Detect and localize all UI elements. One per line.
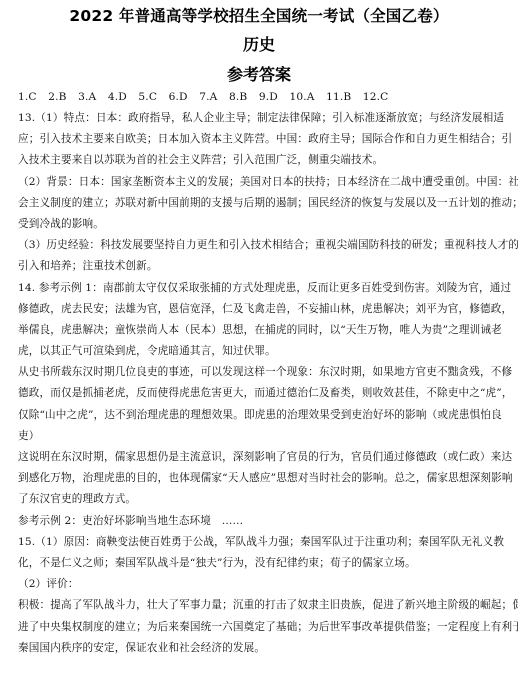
text-line-q13-1: 13.（1）特点：日本：政府指导，私人企业主导；制定法律保障；引入标准逐渐放宽；… — [18, 108, 500, 129]
multiple-choice-answers: 1.C 2.B 3.A 4.D 5.C 6.D 7.A 8.B 9.D 10.A… — [18, 87, 500, 108]
text-line-q15-5: 进了中央集权制度的建立；为后来秦国统一六国奠定了基础；为后世军事改革提供借鉴；一… — [18, 617, 500, 638]
text-line-q14-9: 这说明在东汉时期，儒家思想仍是主流意识，深刻影响了官员的行为，官员们通过修德政（… — [18, 447, 500, 468]
answer-4: 4.D — [108, 91, 127, 103]
text-line-q13-8: 引入和培养；注重技术创新。 — [18, 256, 500, 277]
answer-6: 6.D — [169, 91, 188, 103]
text-line-q14-4: 虎，以其正气可渲染到虎，令虎暗通其言，知过伏罪。 — [18, 341, 500, 362]
text-line-q13-3: 入技术主要来自以苏联为首的社会主义阵营；引入范围广泛，侧重尖端技术。 — [18, 150, 500, 171]
text-line-q13-6: 受到冷战的影响。 — [18, 214, 500, 235]
answer-10: 10.A — [289, 91, 314, 103]
answer-9: 9.D — [259, 91, 278, 103]
answer-7: 7.A — [199, 91, 217, 103]
text-line-q13-5: 会主义制度的建立；苏联对新中国前期的支援与后期的遏制；国民经济的恢复与发展以及一… — [18, 193, 500, 214]
text-line-q14-10: 到感化万物，治理虎患的目的，也体现儒家“天人感应”思想对当时社会的影响。总之，儒… — [18, 468, 500, 489]
text-line-q13-2: 应；引入技术主要来自欧美；日本加入资本主义阵营。中国：政府主导；国际合作和自力更… — [18, 129, 500, 150]
text-line-q15-4: 积极：提高了军队战斗力，壮大了军事力量；沉重的打击了奴隶主旧贵族，促进了新兴地主… — [18, 595, 500, 616]
answer-2: 2.B — [48, 91, 66, 103]
answer-key-heading: 参考答案 — [0, 62, 518, 85]
text-line-q14-11: 了东汉官吏的理政方式。 — [18, 489, 500, 510]
answer-1: 1.C — [18, 91, 37, 103]
text-line-q14-6: 德政，而仅是抓捕老虎，反而使得虎患危害更大，而通过德治仁及畜类，则收效甚佳，不除… — [18, 383, 500, 404]
text-line-q13-4: （2）背景：日本：国家垄断资本主义的发展；美国对日本的扶持；日本经济在二战中遭受… — [18, 172, 500, 193]
subject-heading: 历史 — [0, 32, 518, 55]
answer-body: 13.（1）特点：日本：政府指导，私人企业主导；制定法律保障；引入标准逐渐放宽；… — [18, 108, 500, 659]
exam-title: 2022 年普通高等学校招生全国统一考试（全国乙卷） — [0, 4, 518, 26]
text-line-q15-3: （2）评价： — [18, 574, 500, 595]
text-line-q14-1: 14. 参考示例 1：南郡前太守仅仅采取张捕的方式处理虎患，反而让更多百姓受到伤… — [18, 278, 500, 299]
text-line-q14-12: 参考示例 2：吏治好坏影响当地生态环境 …… — [18, 511, 500, 532]
answer-12: 12.C — [363, 91, 389, 103]
text-line-q15-2: 化，不是仁义之师；秦国军队战斗是“独夫”行为，没有纪律约束；荀子的儒家立场。 — [18, 553, 500, 574]
text-line-q15-6: 秦国国内秩序的安定，保证农业和社会经济的发展。 — [18, 638, 500, 659]
text-line-q14-3: 举儒良，虎患解决；童恢崇尚人本（民本）思想，在捕虎的同时，以“天生万物，唯人为贵… — [18, 320, 500, 341]
answer-5: 5.C — [138, 91, 157, 103]
answer-11: 11.B — [326, 91, 351, 103]
text-line-q14-7: 仅除“山中之虎”，达不到治理虎患的理想效果。即虎患的治理效果受到吏治好坏的影响（… — [18, 405, 500, 426]
text-line-q15-1: 15.（1）原因：商鞅变法使百姓勇于公战，军队战斗力强；秦国军队过于注重功利；秦… — [18, 532, 500, 553]
answer-key-page: 2022 年普通高等学校招生全国统一考试（全国乙卷） 历史 参考答案 1.C 2… — [0, 0, 518, 697]
text-line-q14-5: 从史书所载东汉时期几位良吏的事迹，可以发现这样一个现象：东汉时期，如果地方官吏不… — [18, 362, 500, 383]
answer-8: 8.B — [229, 91, 247, 103]
text-line-q14-2: 修德政，虎去民安；法雄为官，恩信宽泽，仁及飞禽走兽，不妄捕山林，虎患解决；刘平为… — [18, 299, 500, 320]
text-line-q14-8: 吏） — [18, 426, 500, 447]
answer-3: 3.A — [78, 91, 96, 103]
text-line-q13-7: （3）历史经验：科技发展要坚持自力更生和引入技术相结合；重视尖端国防科技的研发；… — [18, 235, 500, 256]
